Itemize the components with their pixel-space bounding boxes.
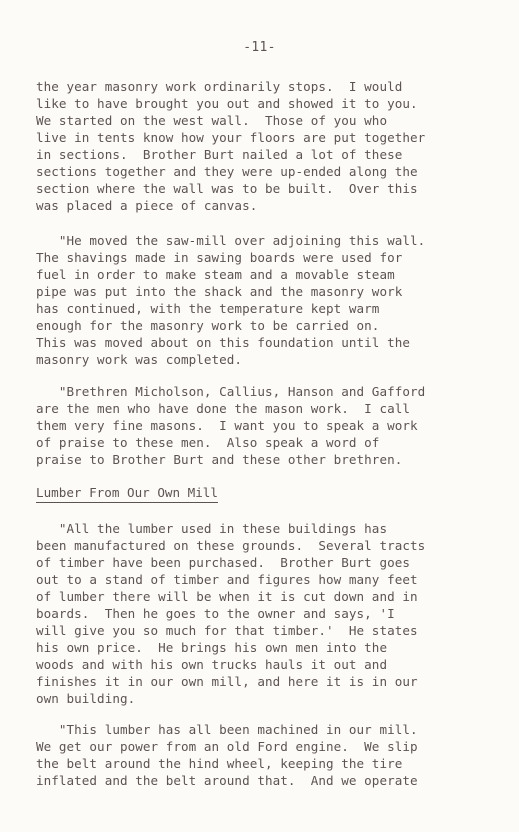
document-page: -11- the year masonry work ordinarily st… <box>0 0 519 832</box>
paragraph-masons: "Brethren Micholson, Callius, Hanson and… <box>36 383 425 468</box>
paragraph-lumber-manufacture: "All the lumber used in these buildings … <box>36 520 425 707</box>
paragraph-saw-mill: "He moved the saw-mill over adjoining th… <box>36 232 425 368</box>
section-heading: Lumber From Our Own Mill <box>36 484 218 503</box>
paragraph-mill-power: "This lumber has all been machined in ou… <box>36 721 418 789</box>
paragraph-wall-construction: the year masonry work ordinarily stops. … <box>36 78 425 214</box>
page-number: -11- <box>0 40 519 55</box>
